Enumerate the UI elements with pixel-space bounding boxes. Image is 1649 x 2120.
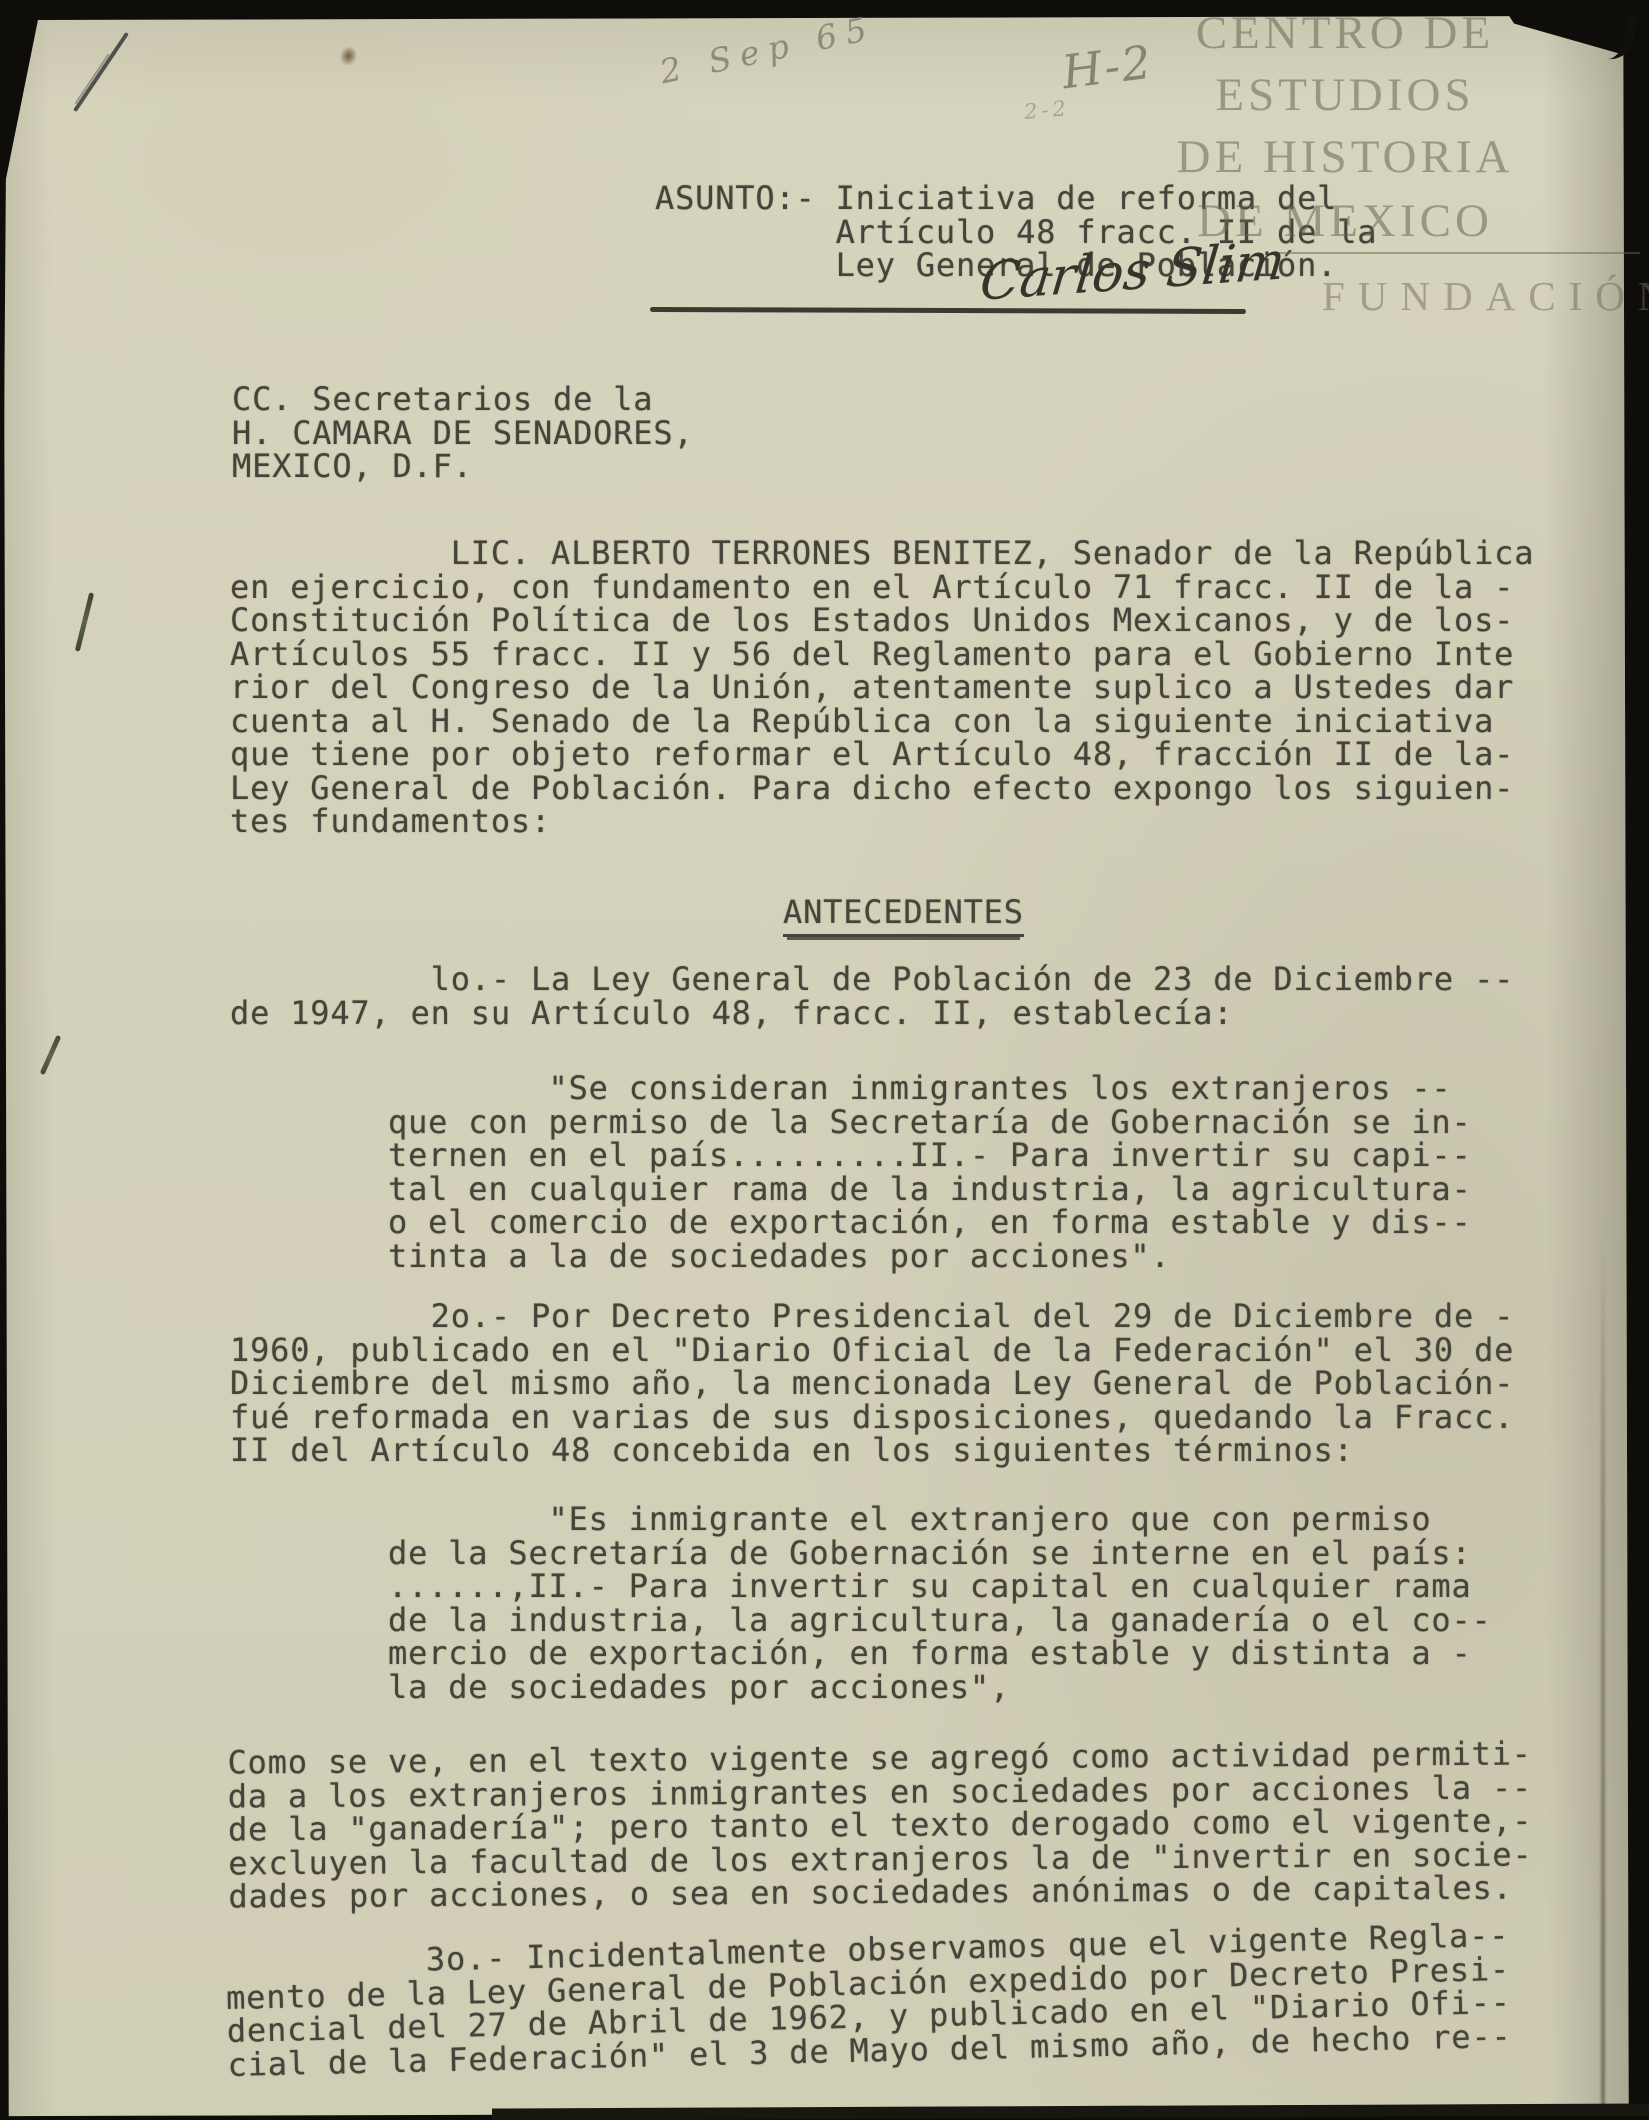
paragraph-2o: 2o.- Por Decreto Presidencial del 29 de … [230,1300,1514,1468]
paragraph-3o: 3o.- Incidentalmente observamos que el v… [225,1919,1512,2082]
quoted-article-1947: "Se consideran inmigrantes los extranjer… [388,1072,1472,1273]
subject-block: ASUNTO:- Iniciativa de reforma del Artíc… [655,182,1377,283]
paper-crease [1601,1235,1605,2110]
quoted-article-1960: "Es inmigrante el extranjero que con per… [388,1503,1492,1704]
watermark-divider-rule [1278,252,1640,254]
paragraph-como-se-ve: Como se ve, en el texto vigente se agreg… [227,1737,1532,1914]
section-heading-text: ANTECEDENTES [783,893,1024,937]
pencil-code-annotation-secondary: 2-2 [1023,96,1071,124]
section-heading: ANTECEDENTES [783,896,1024,930]
paragraph-1o: lo.- La Ley General de Población de 23 d… [230,963,1514,1030]
intro-paragraph: LIC. ALBERTO TERRONES BENITEZ, Senador d… [230,537,1534,839]
pencil-code-annotation: H-2 [1059,35,1156,100]
addressee-block: CC. Secretarios de la H. CAMARA DE SENAD… [232,383,694,484]
scanned-document-page: { "colors": { "paper": "#d6d3bd", "ink":… [0,0,1649,2120]
